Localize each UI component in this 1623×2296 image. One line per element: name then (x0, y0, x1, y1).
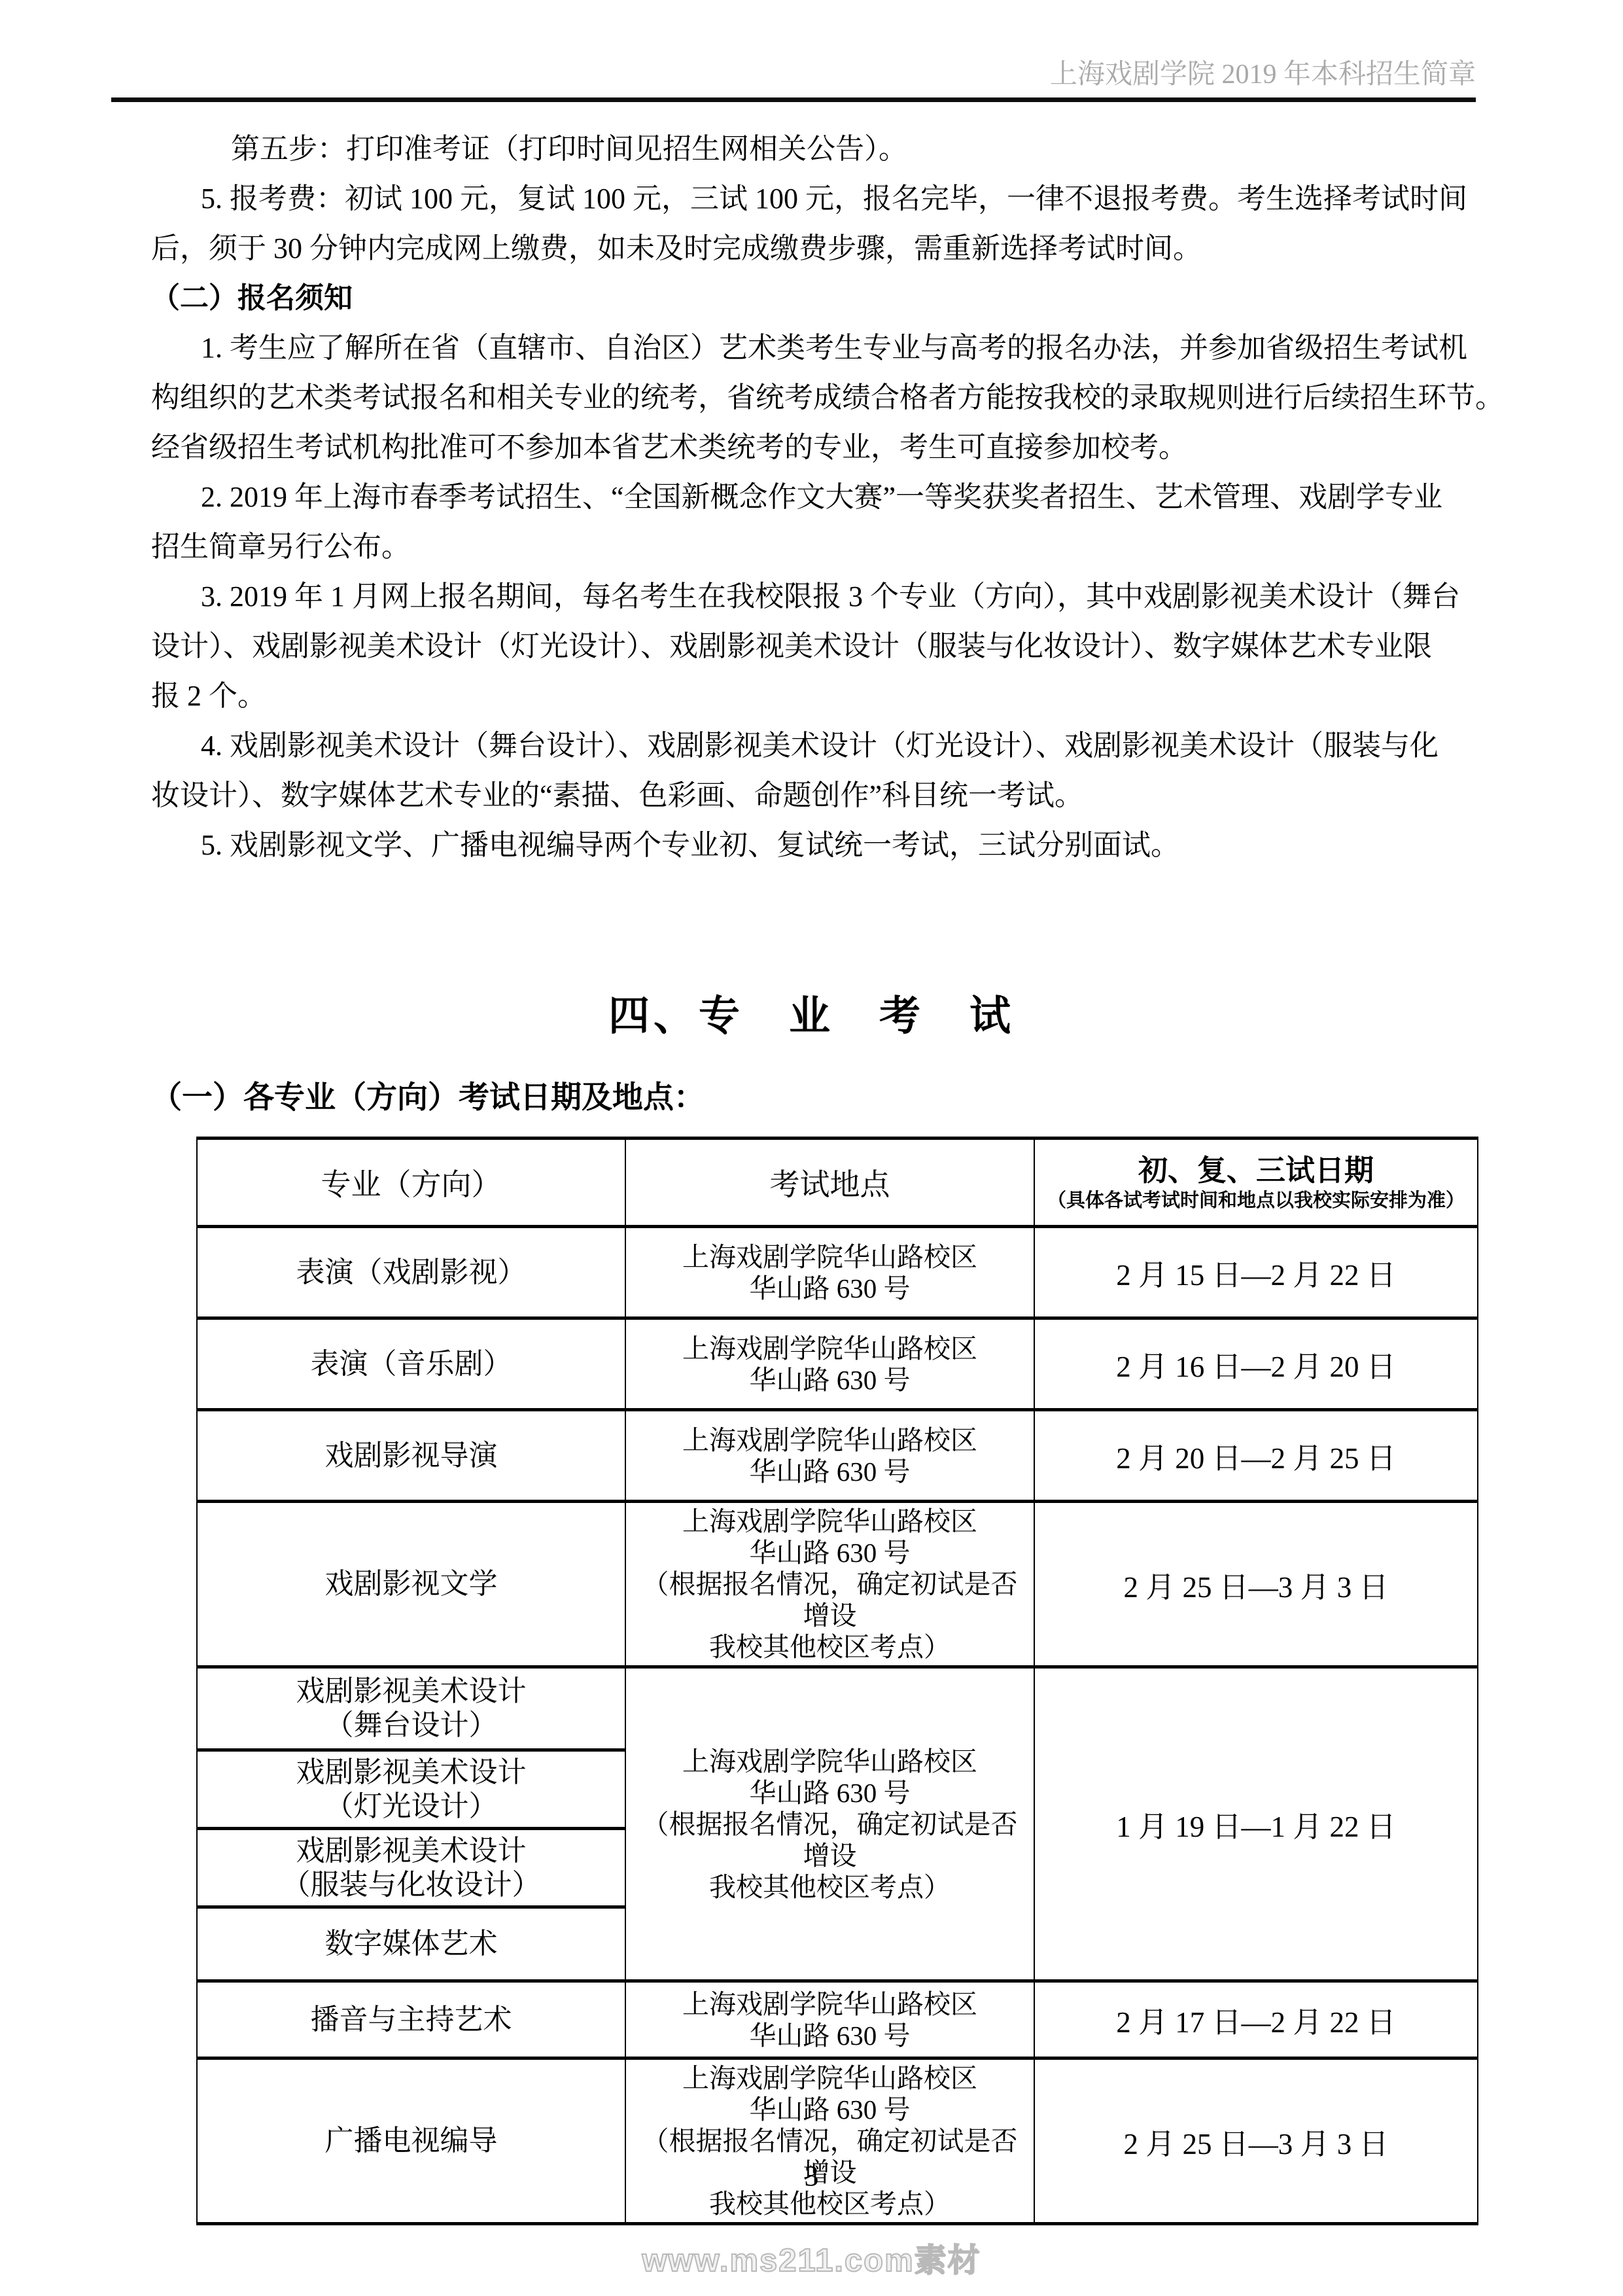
date-cell-merged: 1 月 19 日—1 月 22 日 (1034, 1667, 1478, 1981)
body-line: 招生简章另行公布。 (151, 522, 1474, 572)
header-rule (111, 97, 1476, 102)
place-cell: 上海戏剧学院华山路校区华山路 630 号 (625, 1981, 1034, 2058)
header-date-title: 初、复、三试日期 (1040, 1152, 1472, 1189)
body-line: 5. 戏剧影视文学、广播电视编导两个专业初、复试统一考试，三试分别面试。 (151, 821, 1474, 870)
body-line: 3. 2019 年 1 月网上报名期间，每名考生在我校限报 3 个专业（方向），… (151, 572, 1474, 622)
page-number: 3 (0, 2159, 1623, 2193)
header-place: 考试地点 (625, 1139, 1034, 1227)
major-cell: 数字媒体艺术 (197, 1907, 625, 1981)
major-cell: 播音与主持艺术 (197, 1981, 625, 2058)
body-line: 妆设计）、数字媒体艺术专业的“素描、色彩画、命题创作”科目统一考试。 (151, 771, 1474, 821)
major-cell: 戏剧影视文学 (197, 1502, 625, 1667)
watermark: www.ms211.com素材 (0, 2235, 1623, 2281)
body-line: 第五步：打印准考证（打印时间见招生网相关公告）。 (151, 124, 1474, 174)
body-line: 2. 2019 年上海市春季考试招生、“全国新概念作文大赛”一等奖获奖者招生、艺… (151, 472, 1474, 522)
place-cell: 上海戏剧学院华山路校区华山路 630 号（根据报名情况，确定初试是否增设我校其他… (625, 2058, 1034, 2224)
major-cell: 戏剧影视美术设计（服装与化妆设计） (197, 1829, 625, 1907)
place-cell: 上海戏剧学院华山路校区华山路 630 号 (625, 1227, 1034, 1318)
body-line: 4. 戏剧影视美术设计（舞台设计）、戏剧影视美术设计（灯光设计）、戏剧影视美术设… (151, 721, 1474, 771)
table-row: 播音与主持艺术 上海戏剧学院华山路校区华山路 630 号 2 月 17 日—2 … (197, 1981, 1478, 2058)
section-subtitle: （一）各专业（方向）考试日期及地点： (151, 1078, 1474, 1118)
table-row: 戏剧影视美术设计（舞台设计） 上海戏剧学院华山路校区华山路 630 号（根据报名… (197, 1667, 1478, 1750)
body-line: 1. 考生应了解所在省（直辖市、自治区）艺术类考生专业与高考的报名办法，并参加省… (151, 323, 1474, 373)
major-cell: 戏剧影视美术设计（灯光设计） (197, 1750, 625, 1829)
table-row: 表演（戏剧影视） 上海戏剧学院华山路校区华山路 630 号 2 月 15 日—2… (197, 1227, 1478, 1318)
date-cell: 2 月 25 日—3 月 3 日 (1034, 1502, 1478, 1667)
date-cell: 2 月 17 日—2 月 22 日 (1034, 1981, 1478, 2058)
place-cell: 上海戏剧学院华山路校区华山路 630 号（根据报名情况，确定初试是否增设我校其他… (625, 1502, 1034, 1667)
date-cell: 2 月 16 日—2 月 20 日 (1034, 1318, 1478, 1410)
exam-schedule-table: 专业（方向） 考试地点 初、复、三试日期 （具体各试考试时间和地点以我校实际安排… (196, 1137, 1478, 2225)
body-line: 5. 报考费：初试 100 元，复试 100 元，三试 100 元，报名完毕，一… (151, 174, 1474, 224)
body-text: 第五步：打印准考证（打印时间见招生网相关公告）。 5. 报考费：初试 100 元… (151, 124, 1474, 870)
date-cell: 2 月 20 日—2 月 25 日 (1034, 1410, 1478, 1502)
table-header-row: 专业（方向） 考试地点 初、复、三试日期 （具体各试考试时间和地点以我校实际安排… (197, 1139, 1478, 1227)
major-cell: 戏剧影视导演 (197, 1410, 625, 1502)
table-row: 广播电视编导 上海戏剧学院华山路校区华山路 630 号（根据报名情况，确定初试是… (197, 2058, 1478, 2224)
header-major: 专业（方向） (197, 1139, 625, 1227)
body-line: 构组织的艺术类考试报名和相关专业的统考，省统考成绩合格者方能按我校的录取规则进行… (151, 373, 1474, 423)
table-row: 戏剧影视导演 上海戏剧学院华山路校区华山路 630 号 2 月 20 日—2 月… (197, 1410, 1478, 1502)
table-row: 戏剧影视文学 上海戏剧学院华山路校区华山路 630 号（根据报名情况，确定初试是… (197, 1502, 1478, 1667)
major-cell: 表演（音乐剧） (197, 1318, 625, 1410)
body-line: 经省级招生考试机构批准可不参加本省艺术类统考的专业，考生可直接参加校考。 (151, 423, 1474, 472)
table-row: 表演（音乐剧） 上海戏剧学院华山路校区华山路 630 号 2 月 16 日—2 … (197, 1318, 1478, 1410)
document-page: 上海戏剧学院 2019 年本科招生简章 第五步：打印准考证（打印时间见招生网相关… (0, 0, 1623, 2296)
date-cell: 2 月 25 日—3 月 3 日 (1034, 2058, 1478, 2224)
major-cell: 广播电视编导 (197, 2058, 625, 2224)
place-cell-merged: 上海戏剧学院华山路校区华山路 630 号（根据报名情况，确定初试是否增设我校其他… (625, 1667, 1034, 1981)
body-line: 设计）、戏剧影视美术设计（灯光设计）、戏剧影视美术设计（服装与化妆设计）、数字媒… (151, 622, 1474, 671)
section-title: 四、专 业 考 试 (0, 983, 1623, 1042)
place-cell: 上海戏剧学院华山路校区华山路 630 号 (625, 1410, 1034, 1502)
date-cell: 2 月 15 日—2 月 22 日 (1034, 1227, 1478, 1318)
header-date: 初、复、三试日期 （具体各试考试时间和地点以我校实际安排为准） (1034, 1139, 1478, 1227)
major-cell: 表演（戏剧影视） (197, 1227, 625, 1318)
subsection-heading: （二）报名须知 (151, 274, 1474, 323)
body-line: 后，须于 30 分钟内完成网上缴费，如未及时完成缴费步骤，需重新选择考试时间。 (151, 224, 1474, 274)
body-line: 报 2 个。 (151, 671, 1474, 721)
place-cell: 上海戏剧学院华山路校区华山路 630 号 (625, 1318, 1034, 1410)
running-header: 上海戏剧学院 2019 年本科招生简章 (111, 58, 1476, 92)
major-cell: 戏剧影视美术设计（舞台设计） (197, 1667, 625, 1750)
header-date-note: （具体各试考试时间和地点以我校实际安排为准） (1040, 1189, 1472, 1212)
